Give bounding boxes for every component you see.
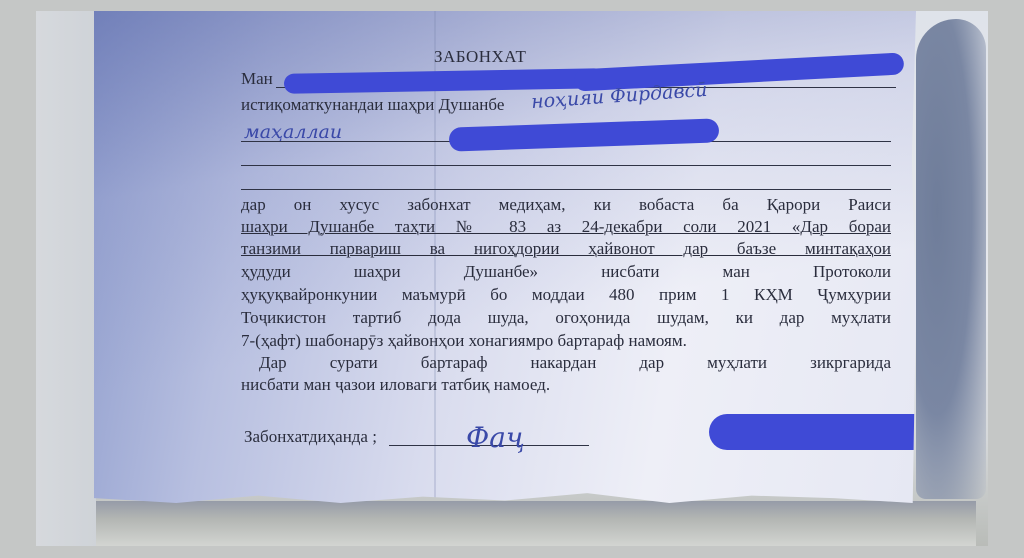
redaction-address xyxy=(449,118,720,151)
paper-shadow xyxy=(916,19,986,499)
paragraph-1-line-4: ҳудуди шаҳри Душанбе» нисбати ман Проток… xyxy=(241,262,891,282)
residence-prefix: истиқоматкунандаи шаҳри Душанбе xyxy=(241,95,504,114)
paragraph-1-line-5: ҳуқуқвайронкунии маъмурӣ бо моддаи 480 п… xyxy=(241,285,891,305)
paper-sheet: ЗАБОНХАТ Ман истиқоматкунандаи шаҳри Душ… xyxy=(94,11,916,503)
paragraph-1-line-2: шаҳри Душанбе таҳти № 83 аз 24-декабри с… xyxy=(241,217,891,237)
address-rule-2 xyxy=(241,165,891,166)
signature-mark: Фаҷ xyxy=(466,421,525,454)
background-wall xyxy=(36,11,96,546)
signature-label: Забонхатдиҳанда ; xyxy=(244,427,377,447)
paragraph-1-line-1: дар он хусус забонхат медиҳам, ки вобаст… xyxy=(241,195,891,215)
paragraph-1-line-7: 7-(ҳафт) шабонарӯз ҳайвонҳои хонагиямро … xyxy=(241,331,687,351)
paragraph-2-line-1: Дар сурати бартараф накардан дар муҳлати… xyxy=(259,353,891,373)
redaction-signer-name xyxy=(709,414,941,450)
document-photo: ЗАБОНХАТ Ман истиқоматкунандаи шаҳри Душ… xyxy=(36,11,988,546)
document-title: ЗАБОНХАТ xyxy=(434,47,526,67)
handwritten-mahalla: маҳаллаи xyxy=(244,121,342,143)
residence-line: истиқоматкунандаи шаҳри Душанбе xyxy=(241,95,504,115)
paragraph-2-line-2: нисбати ман ҷазои иловаги татбиқ намоед. xyxy=(241,375,550,395)
name-line: Ман xyxy=(241,69,273,89)
document-body: ЗАБОНХАТ Ман истиқоматкунандаи шаҳри Душ… xyxy=(94,11,916,503)
paper-shadow-bottom xyxy=(96,501,976,546)
paragraph-1-line-6: Тоҷикистон тартиб дода шуда, огоҳонида ш… xyxy=(241,308,891,328)
address-rule-3 xyxy=(241,189,891,190)
paragraph-1-line-3: танзими парвариш ва нигоҳдории ҳайвонот … xyxy=(241,239,891,259)
name-prefix: Ман xyxy=(241,69,273,88)
